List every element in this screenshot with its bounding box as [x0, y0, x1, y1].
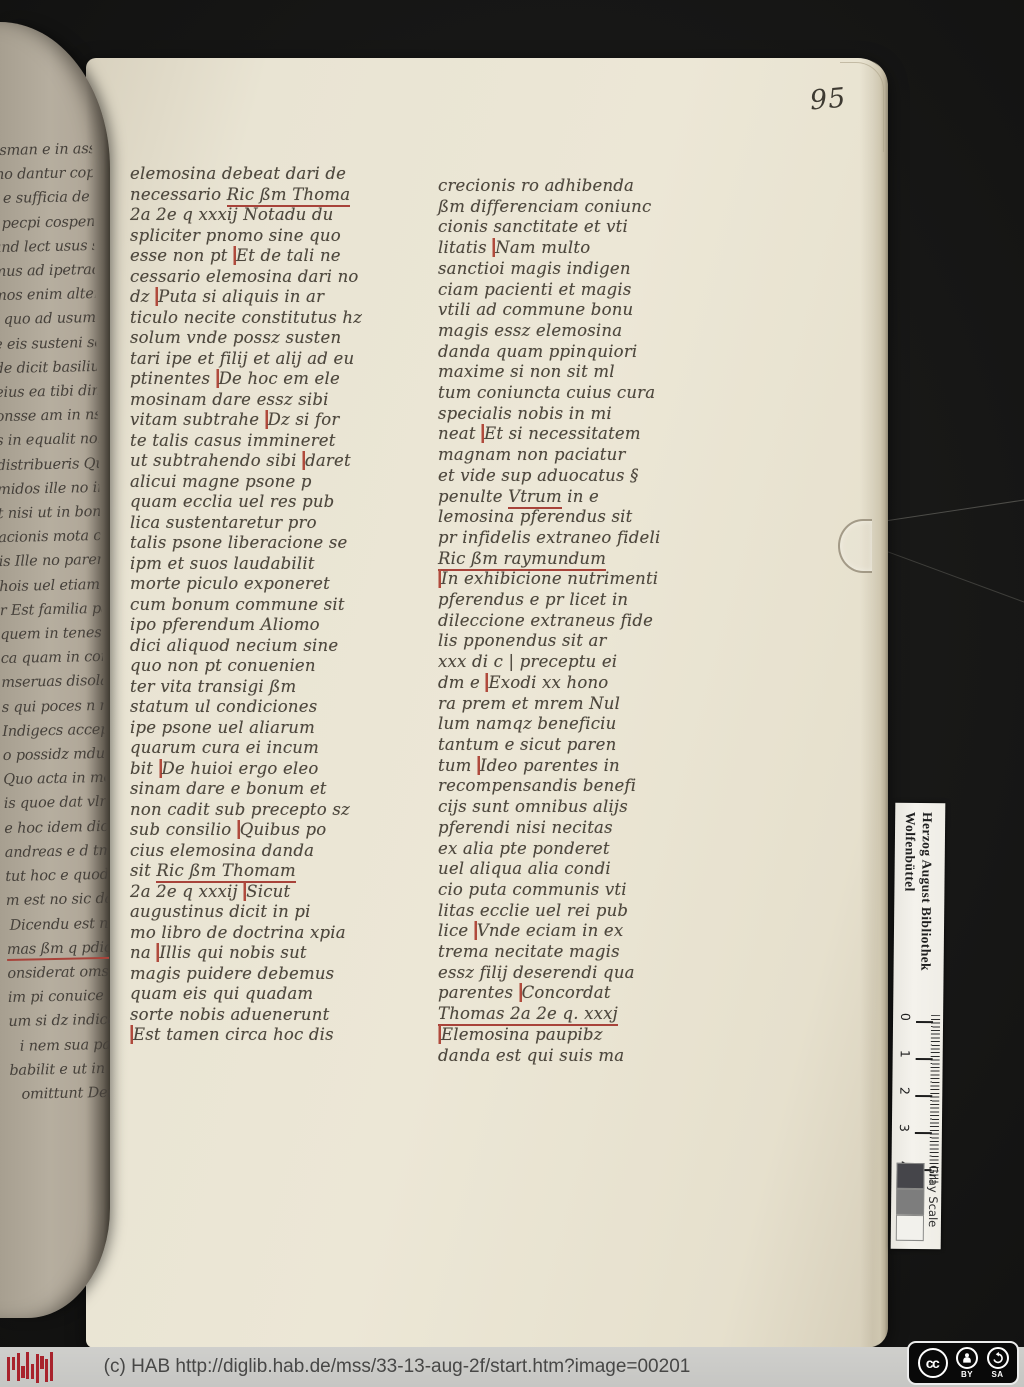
- manuscript-line: morte piculo exponeret: [130, 574, 410, 595]
- manuscript-line: necessario Ric ßm Thoma: [130, 185, 410, 206]
- manuscript-line: onsiderat oms et: [7, 960, 109, 986]
- manuscript-line: sorte nobis aduenerunt: [130, 1005, 410, 1026]
- ink-text: pr infidelis extraneo fideli: [438, 528, 660, 547]
- manuscript-line: cionis sanctitate et vti: [438, 217, 730, 238]
- ruler-number: 1: [898, 1050, 913, 1058]
- manuscript-line: uel aliqua alia condi: [438, 859, 730, 880]
- clip-reflection-lines: [872, 480, 1024, 630]
- ink-text: statum ul condiciones: [130, 697, 317, 716]
- manuscript-line: ticulo necite constitutus hz: [130, 308, 410, 329]
- gray-scale-chart: Gray Scale: [891, 1163, 942, 1248]
- ink-text: litas ecclie uel rei pub: [438, 901, 628, 920]
- manuscript-line: talis psone liberacione se: [130, 533, 410, 554]
- manuscript-line: essz filij deserendi qua: [438, 963, 730, 984]
- ink-text: neat: [438, 424, 481, 443]
- ink-text: um si dz indicat: [8, 1012, 110, 1030]
- ink-text: mo libro de doctrina xpia: [130, 923, 346, 942]
- manuscript-line: pferendi nisi necitas: [438, 818, 730, 839]
- ink-text: is Ille no parens: [0, 552, 101, 570]
- manuscript-line: lis pponendus sit ar: [438, 631, 730, 652]
- ruler-number: 0: [898, 1013, 913, 1021]
- red-underlined-text: Ric ßm raymundum: [438, 549, 606, 571]
- rubricated-word: Ideo: [480, 756, 518, 775]
- ink-text: esse non pt: [130, 246, 233, 265]
- ink-text: tum: [438, 756, 477, 775]
- red-underlined-text: mas ßm q pdicta: [7, 939, 109, 960]
- manuscript-line: i nem sua pa: [9, 1032, 110, 1058]
- manuscript-line: t pecpi cospende: [0, 210, 94, 236]
- ink-text: andreas e d tm: [5, 843, 107, 861]
- rubricated-word: In: [441, 569, 459, 588]
- manuscript-line: ipm et suos laudabilit: [130, 554, 410, 575]
- ink-text: quam ecclia uel res pub: [130, 492, 334, 511]
- ink-text: quarum cura ei incum: [130, 738, 319, 757]
- ink-text: recompensandis benefi: [438, 776, 636, 795]
- ink-text: crecionis ro adhibenda: [438, 176, 634, 195]
- ink-text: ca quam in conda: [1, 649, 103, 668]
- manuscript-line: mo dantur coplaci: [0, 161, 93, 187]
- ink-text: Dicendu est n: [9, 915, 108, 933]
- manuscript-line: esse non pt Et de tali ne: [130, 246, 410, 267]
- manuscript-line: andreas e d tm: [5, 839, 107, 865]
- ink-text: talis psone liberacione se: [130, 533, 347, 552]
- ink-text: eius ea tibi dimi: [0, 383, 97, 401]
- manuscript-line: e eis susteni se: [0, 331, 96, 357]
- ink-text: hoc em ele: [242, 369, 340, 388]
- cc-license-badge: cc BY SA: [907, 1341, 1019, 1385]
- manuscript-line: et vide sup aduocatus §: [438, 466, 730, 487]
- ink-text: si for: [290, 410, 340, 429]
- ink-text: vtili ad commune bonu: [438, 300, 633, 319]
- ink-text: is quoe dat vlr: [4, 794, 106, 812]
- manuscript-line: spliciter pnomo sine quo: [130, 226, 410, 247]
- page-edge-stack: [860, 58, 888, 1348]
- manuscript-line: trema necitate magis: [438, 942, 730, 963]
- ink-text: tamen circa hoc dis: [161, 1025, 334, 1044]
- digitized-manuscript-photo: 95 elemosina debeat dari denecessario Ri…: [0, 0, 1024, 1387]
- manuscript-line: mo libro de doctrina xpia: [130, 923, 410, 944]
- ink-text: augustinus dicit in pi: [130, 902, 311, 921]
- manuscript-line: na Illis qui nobis sut: [130, 943, 410, 964]
- manuscript-line: Ric ßm raymundum: [438, 549, 730, 570]
- manuscript-line: mos enim alteru: [0, 282, 95, 308]
- manuscript-line: cum bonum commune sit: [130, 595, 410, 616]
- ink-text: essz filij deserendi qua: [438, 963, 635, 982]
- gray-scale-label: Gray Scale: [926, 1165, 941, 1227]
- ink-text: cionis sanctitate et vti: [438, 217, 628, 236]
- manuscript-line: babilit e ut in pi: [9, 1057, 110, 1083]
- manuscript-line: 2a 2e q xxxij Sicut: [130, 882, 410, 903]
- ink-text: Quo acta in me: [3, 770, 105, 788]
- manuscript-line: t nisi ut in bone: [0, 500, 100, 526]
- manuscript-line: sub consilio Quibus po: [130, 820, 410, 841]
- cc-sa-label: SA: [991, 1370, 1003, 1379]
- rubricated-word: Vnde: [477, 921, 521, 940]
- ink-text: ra prem et mrem Nul: [438, 694, 620, 713]
- red-underlined-text: Ric ßm Thomam: [156, 861, 295, 883]
- manuscript-line: tum Ideo parentes in: [438, 756, 730, 777]
- ink-text: ipe psone uel aliarum: [130, 718, 315, 737]
- manuscript-line: tari ipe et filij et alij ad eu: [130, 349, 410, 370]
- ink-text: s qui poces n m: [2, 697, 104, 715]
- ink-text: t quo ad usum de: [0, 310, 96, 329]
- manuscript-line: lum namqz beneficiu: [438, 714, 730, 735]
- ruler: 01234: [891, 1013, 943, 1186]
- ink-text: und lect usus suc: [0, 237, 94, 256]
- cc-sa-arrow-icon: [987, 1347, 1009, 1369]
- ink-text: magis puidere debemus: [130, 964, 334, 983]
- manuscript-line: lica sustentaretur pro: [130, 513, 410, 534]
- cc-sa-item: SA: [987, 1347, 1009, 1379]
- manuscript-line: mseruas disolac: [1, 669, 103, 695]
- ruler-major-tick: [916, 1058, 933, 1060]
- rubricated-word: Et: [484, 424, 503, 443]
- footer-bar: (c) HAB http://diglib.hab.de/mss/33-13-a…: [0, 1347, 1024, 1387]
- rubricated-word: Illis: [159, 943, 191, 962]
- ink-text: ipm et suos laudabilit: [130, 554, 315, 573]
- ink-text: cio puta communis vti: [438, 880, 627, 899]
- manuscript-line: mas ßm q pdicta: [7, 936, 109, 962]
- manuscript-line: cessario elemosina dari no: [130, 267, 410, 288]
- red-underlined-text: Ric ßm Thoma: [227, 185, 351, 207]
- manuscript-line: mosinam dare essz sibi: [130, 390, 410, 411]
- manuscript-line: dz Puta si aliquis in ar: [130, 287, 410, 308]
- copyright-url-text: (c) HAB http://diglib.hab.de/mss/33-13-a…: [0, 1347, 794, 1387]
- manuscript-line: z e sufficia de elo: [0, 185, 93, 211]
- manuscript-line: acionis mota con: [0, 524, 100, 550]
- manuscript-line: lemosina pferendus sit: [438, 507, 730, 528]
- ink-text: lice: [438, 921, 474, 940]
- ink-text: ticulo necite constitutus hz: [130, 308, 362, 327]
- ink-text: mus ad ipetracoe: [0, 262, 95, 281]
- red-underlined-text: Vtrum: [508, 487, 562, 509]
- ink-text: dici aliquod necium sine: [130, 636, 338, 655]
- ink-text: de tali ne: [255, 246, 341, 265]
- ink-text: paupibz: [530, 1025, 603, 1044]
- ink-text: m est no sic dam: [6, 891, 108, 910]
- ink-text: na: [130, 943, 156, 962]
- rubricated-word: Puta: [158, 287, 197, 306]
- manuscript-page: 95 elemosina debeat dari denecessario Ri…: [86, 58, 888, 1348]
- facing-page-text: usman e in assigmo dantur coplaciz e suf…: [0, 137, 110, 1107]
- ruler-number: 2: [897, 1087, 912, 1095]
- ink-text: omittunt Dei: [21, 1085, 110, 1103]
- manuscript-line: Thomas 2a 2e q. xxxj: [438, 1004, 730, 1025]
- manuscript-line: magnam non paciatur: [438, 445, 730, 466]
- ink-text: babilit e ut in pi: [9, 1060, 110, 1078]
- manuscript-line: usman e in assig: [0, 137, 92, 163]
- ink-text: Indigecs accepto: [2, 721, 104, 740]
- manuscript-line: danda est qui suis ma: [438, 1046, 730, 1067]
- ink-text: pferendus e pr licet in: [438, 590, 628, 609]
- manuscript-line: t quo ad usum de: [0, 306, 96, 332]
- manuscript-line: dm e Exodi xx hono: [438, 673, 730, 694]
- manuscript-line: statum ul condiciones: [130, 697, 410, 718]
- manuscript-line: In exhibicione nutrimenti: [438, 569, 730, 590]
- ink-text: mseruas disolac: [1, 673, 103, 691]
- ink-text: non cadit sub precepto sz: [130, 800, 350, 819]
- rubricated-word: Elemosina: [441, 1025, 530, 1044]
- manuscript-line: ex alia pte ponderet: [438, 839, 730, 860]
- library-name-line2: Wolfenbüttel: [899, 812, 918, 1027]
- ink-text: ptinentes: [130, 369, 216, 388]
- manuscript-line: ipo pferendum Aliomo: [130, 615, 410, 636]
- ink-text: multo: [536, 238, 591, 257]
- folio-number: 95: [809, 82, 848, 116]
- manuscript-line: quo non pt conuenien: [130, 656, 410, 677]
- ink-text: elemosina debeat dari de: [130, 164, 346, 183]
- manuscript-line: quam eis qui quadam: [130, 984, 410, 1005]
- manuscript-line: bit De huioi ergo eleo: [130, 759, 410, 780]
- manuscript-line: mus ad ipetracoe: [0, 258, 95, 284]
- ink-text: dz: [130, 287, 155, 306]
- manuscript-line: ra prem et mrem Nul: [438, 694, 730, 715]
- ruler-major-tick: [915, 1095, 932, 1097]
- ink-text: mosinam dare essz sibi: [130, 390, 329, 409]
- manuscript-line: quam ecclia uel res pub: [130, 492, 410, 513]
- manuscript-line: alicui magne psone p: [130, 472, 410, 493]
- gray-scale-square: [896, 1189, 924, 1215]
- ink-text: huioi ergo eleo: [185, 759, 319, 778]
- ink-text: trema necitate magis: [438, 942, 620, 961]
- rubricated-word: daret: [305, 451, 351, 470]
- ink-text: quo non pt conuenien: [130, 656, 316, 675]
- manuscript-line: lice Vnde eciam in ex: [438, 921, 730, 942]
- ink-text: xxx di c | preceptu ei: [438, 652, 617, 671]
- ink-text: exhibicione nutrimenti: [459, 569, 659, 588]
- ink-text: litatis: [438, 238, 492, 257]
- ink-text: danda quam ppinquiori: [438, 342, 637, 361]
- manuscript-line: cijs sunt omnibus alijs: [438, 797, 730, 818]
- ink-text: cius elemosina danda: [130, 841, 314, 860]
- ink-text: cum bonum commune sit: [130, 595, 345, 614]
- ink-text: si aliquis in ar: [197, 287, 324, 306]
- manuscript-line: tut hoc e quod ge: [5, 863, 107, 889]
- ink-text: sorte nobis aduenerunt: [130, 1005, 329, 1024]
- ink-text: 2a 2e q xxxij Notadu du: [130, 205, 334, 224]
- ink-text: magnam non paciatur: [438, 445, 626, 464]
- library-scale-strip: Herzog August Bibliothek Wolfenbüttel 01…: [891, 803, 946, 1249]
- ink-text: dm e: [438, 673, 485, 692]
- manuscript-line: augustinus dicit in pi: [130, 902, 410, 923]
- manuscript-line: onsse am in nspi: [0, 403, 98, 429]
- manuscript-line: solum vnde possz susten: [130, 328, 410, 349]
- ink-text: lum namqz beneficiu: [438, 714, 616, 733]
- manuscript-line: Quo acta in me: [3, 766, 105, 792]
- ruler-major-tick: [916, 1021, 933, 1023]
- manuscript-line: sinam dare e bonum et: [130, 779, 410, 800]
- ink-text: penulte: [438, 487, 508, 506]
- manuscript-line: sit Ric ßm Thomam: [130, 861, 410, 882]
- ink-text: lica sustentaretur pro: [130, 513, 317, 532]
- ink-text: bit: [130, 759, 159, 778]
- cc-by-item: BY: [956, 1347, 978, 1379]
- manuscript-line: cius elemosina danda: [130, 841, 410, 862]
- manuscript-line: s in equalit nolis: [0, 427, 98, 453]
- ink-text: sinam dare e bonum et: [130, 779, 327, 798]
- manuscript-line: midos ille no int: [0, 476, 99, 502]
- manuscript-line: o possidz mduin: [3, 742, 105, 768]
- manuscript-line: hois uel etiam de: [0, 573, 101, 599]
- manuscript-line: te talis casus immineret: [130, 431, 410, 452]
- ink-text: usman e in assig: [0, 141, 92, 159]
- manuscript-line: im pi conuice m: [8, 984, 110, 1010]
- ink-text: spliciter pnomo sine quo: [130, 226, 341, 245]
- manuscript-line: magis essz elemosina: [438, 321, 730, 342]
- ink-text: parentes: [438, 983, 519, 1002]
- manuscript-line: cio puta communis vti: [438, 880, 730, 901]
- ink-text: im pi conuice m: [8, 988, 110, 1006]
- manuscript-line: distribueris Ques: [0, 452, 99, 478]
- ink-text: specialis nobis in mi: [438, 404, 612, 423]
- ink-text: quem in tenes n: [0, 625, 102, 643]
- ink-text: tut hoc e quod ge: [5, 866, 107, 885]
- ink-text: t pecpi cospende: [0, 213, 94, 232]
- ink-text: uel aliqua alia condi: [438, 859, 611, 878]
- rubricated-word: De: [219, 369, 242, 388]
- manuscript-line: litas ecclie uel rei pub: [438, 901, 730, 922]
- ink-text: sub consilio: [130, 820, 237, 839]
- rubricated-word: De: [162, 759, 185, 778]
- facing-page-edge: usman e in assigmo dantur coplaciz e suf…: [0, 22, 110, 1318]
- rubricated-word: Dz: [268, 410, 290, 429]
- manuscript-line: dileccione extraneus fide: [438, 611, 730, 632]
- manuscript-line: omittunt Dei: [10, 1081, 110, 1107]
- ink-text: ex alia pte ponderet: [438, 839, 610, 858]
- ink-text: onsse am in nspi: [0, 407, 98, 425]
- ink-text: sit: [130, 861, 156, 880]
- ink-text: 2a 2e q xxxij: [130, 882, 243, 901]
- manuscript-line: Est tamen circa hoc dis: [130, 1025, 410, 1046]
- library-name-line1: Herzog August Bibliothek: [916, 812, 935, 1027]
- manuscript-line: und lect usus suc: [0, 234, 94, 260]
- manuscript-line: ciam pacienti et magis: [438, 280, 730, 301]
- manuscript-line: magis puidere debemus: [130, 964, 410, 985]
- cc-by-label: BY: [961, 1370, 973, 1379]
- ink-text: pferendi nisi necitas: [438, 818, 613, 837]
- manuscript-line: is quoe dat vlr: [4, 790, 106, 816]
- ink-text: alicui magne psone p: [130, 472, 312, 491]
- ink-text: r Est familia pa: [0, 601, 102, 619]
- manuscript-line: specialis nobis in mi: [438, 404, 730, 425]
- ink-text: o possidz mduin: [3, 746, 105, 764]
- manuscript-line: crecionis ro adhibenda: [438, 176, 730, 197]
- ink-text: e hoc idem dicit: [4, 818, 106, 836]
- manuscript-column-right: crecionis ro adhibendaßm differenciam co…: [438, 176, 730, 1066]
- manuscript-line: Indigecs accepto: [2, 718, 104, 744]
- manuscript-line: Dicendu est n: [6, 911, 108, 937]
- gray-scale-square: [896, 1215, 924, 1241]
- manuscript-line: de dicit basilius si: [0, 355, 97, 381]
- ink-text: i nem sua pa: [20, 1036, 110, 1054]
- ink-text: acionis mota con: [0, 528, 100, 547]
- ink-text: hois uel etiam de: [0, 576, 101, 595]
- ink-text: te talis casus immineret: [130, 431, 336, 450]
- rubricated-word: Est: [133, 1025, 161, 1044]
- manuscript-line: pr infidelis extraneo fideli: [438, 528, 730, 549]
- manuscript-line: parentes Concordat: [438, 983, 730, 1004]
- ink-text: distribueris Ques: [0, 455, 99, 474]
- ink-text: ipo pferendum Aliomo: [130, 615, 320, 634]
- ink-text: solum vnde possz susten: [130, 328, 341, 347]
- manuscript-line: neat Et si necessitatem: [438, 424, 730, 445]
- ink-text: ßm differenciam coniunc: [438, 197, 651, 216]
- rubricated-word: Quibus: [240, 820, 300, 839]
- manuscript-line: e hoc idem dicit: [4, 815, 106, 841]
- manuscript-line: penulte Vtrum in e: [438, 487, 730, 508]
- manuscript-line: quarum cura ei incum: [130, 738, 410, 759]
- ink-text: mo dantur coplaci: [0, 165, 93, 184]
- rubricated-word: Exodi: [488, 673, 536, 692]
- ink-text: lemosina pferendus sit: [438, 507, 632, 526]
- ruler-major-tick: [915, 1132, 932, 1134]
- ink-text: lis pponendus sit ar: [438, 631, 607, 650]
- ruler-minor-ticks: [929, 1015, 940, 1185]
- manuscript-line: ptinentes De hoc em ele: [130, 369, 410, 390]
- ink-text: in e: [562, 487, 599, 506]
- rubricated-word: Concordat: [522, 983, 611, 1002]
- manuscript-column-left: elemosina debeat dari denecessario Ric ß…: [130, 164, 410, 1046]
- ruler-number: 3: [897, 1124, 912, 1132]
- manuscript-line: ut subtrahendo sibi daret: [130, 451, 410, 472]
- ink-text: sanctioi magis indigen: [438, 259, 631, 278]
- cc-logo-icon: cc: [918, 1348, 948, 1378]
- ink-text: parentes in: [518, 756, 620, 775]
- ink-text: ciam pacienti et magis: [438, 280, 632, 299]
- ink-text: vitam subtrahe: [130, 410, 265, 429]
- manuscript-line: m est no sic dam: [6, 887, 108, 913]
- manuscript-line: pferendus e pr licet in: [438, 590, 730, 611]
- manuscript-line: xxx di c | preceptu ei: [438, 652, 730, 673]
- manuscript-line: recompensandis benefi: [438, 776, 730, 797]
- ink-text: e eis susteni se: [0, 334, 96, 352]
- ink-text: necessario: [130, 185, 227, 204]
- ink-text: xx hono: [537, 673, 609, 692]
- ink-text: tantum e sicut paren: [438, 735, 616, 754]
- ink-text: eciam in ex: [520, 921, 623, 940]
- ink-text: tari ipe et filij et alij ad eu: [130, 349, 354, 368]
- ink-text: ter vita transigi ßm: [130, 677, 296, 696]
- manuscript-line: vtili ad commune bonu: [438, 300, 730, 321]
- ink-text: morte piculo exponeret: [130, 574, 330, 593]
- rubricated-word: Sicut: [246, 882, 290, 901]
- rubricated-word: Et: [236, 246, 255, 265]
- manuscript-line: eius ea tibi dimi: [0, 379, 97, 405]
- ink-text: et vide sup aduocatus §: [438, 466, 639, 485]
- ink-text: maxime si non sit ml: [438, 362, 615, 381]
- manuscript-line: s qui poces n m: [2, 694, 104, 720]
- manuscript-line: litatis Nam multo: [438, 238, 730, 259]
- ink-text: cijs sunt omnibus alijs: [438, 797, 628, 816]
- manuscript-line: ßm differenciam coniunc: [438, 197, 730, 218]
- ink-text: po: [300, 820, 326, 839]
- manuscript-line: r Est familia pa: [0, 597, 102, 623]
- manuscript-line: tantum e sicut paren: [438, 735, 730, 756]
- cc-by-person-icon: [956, 1347, 978, 1369]
- library-name-label: Herzog August Bibliothek Wolfenbüttel: [899, 812, 935, 1027]
- manuscript-line: ter vita transigi ßm: [130, 677, 410, 698]
- manuscript-line: ipe psone uel aliarum: [130, 718, 410, 739]
- ink-text: s in equalit nolis: [0, 431, 98, 449]
- ink-text: qui nobis sut: [191, 943, 307, 962]
- manuscript-line: 2a 2e q xxxij Notadu du: [130, 205, 410, 226]
- manuscript-line: um si dz indicat: [8, 1008, 110, 1034]
- manuscript-line: tum coniuncta cuius cura: [438, 383, 730, 404]
- manuscript-line: dici aliquod necium sine: [130, 636, 410, 657]
- ink-text: magis essz elemosina: [438, 321, 622, 340]
- manuscript-line: is Ille no parens: [0, 548, 101, 574]
- ink-text: midos ille no int: [0, 480, 99, 498]
